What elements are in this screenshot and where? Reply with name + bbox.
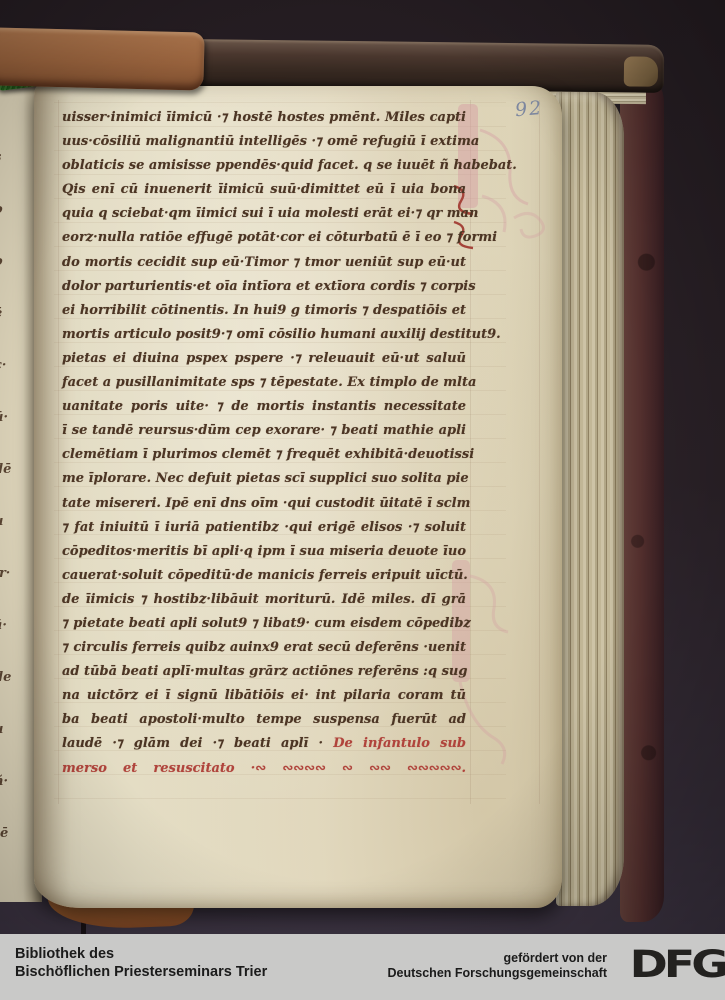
manuscript-line: cōpeditos·meritis bī apli·q ipm ī sua mi…: [62, 540, 466, 564]
manuscript-line: oblaticis se amisisse ppendēs·quid facet…: [62, 154, 466, 178]
manuscript-line: uanitate poris uite· ⁊ de mortis instant…: [62, 395, 466, 419]
margin-rule-outer: [539, 100, 540, 804]
facing-page-text-fragment: dē: [0, 462, 12, 477]
dfg-logo: DFG: [630, 945, 725, 983]
page-stack-fore-edge: [556, 92, 624, 906]
library-name: Bibliothek des Bischöflichen Priestersem…: [15, 945, 267, 981]
manuscript-line: uus·cōsiliū malignantiū intelligēs ·⁊ om…: [62, 130, 466, 154]
folio-number: 92: [514, 97, 544, 121]
funding-credit: gefördert von der Deutschen Forschungsge…: [388, 951, 608, 980]
manuscript-line: dolor parturientis·et oīa intīora et ext…: [62, 275, 466, 299]
facing-page-text-fragment: ā·: [0, 618, 12, 633]
facing-page-text-fragment: u: [0, 722, 12, 737]
manuscript-line: me īplorare. Nec defuit pietas scī suppl…: [62, 467, 466, 491]
facing-page-text-fragment: c·: [0, 358, 12, 373]
manuscript-page: 92 uisser·inimici īimicū ·⁊ hostē hostes…: [34, 86, 562, 908]
book-cover-top-edge: [192, 39, 665, 93]
facing-page-text-fragment: o: [0, 254, 12, 269]
facing-page-text-fragment: ñ·: [0, 774, 12, 789]
manuscript-line: ⁊ circulis ferreis quibz auinx9 erat sec…: [62, 636, 466, 660]
facing-page-text-fragment: de: [0, 670, 12, 685]
manuscript-line: Qis enī cū inuenerit īimicū suū·dimittet…: [62, 178, 466, 202]
manuscript-line: na uictōrz ei ī signū libātiōis ei· int …: [62, 684, 466, 708]
manuscript-line: mortis articulo posit9·⁊ omī cōsilio hum…: [62, 323, 466, 347]
rubric-text: merso et resuscitato ·∾ ∾∾∾∾ ∾ ∾∾ ∾∾∾∾∾.: [62, 761, 466, 776]
rubric-text: De infantulo sub: [333, 736, 466, 751]
library-name-line2: Bischöflichen Priesterseminars Trier: [15, 963, 267, 981]
manuscript-line: quia q sciebat·qm īimici sui ī uia moles…: [62, 202, 466, 226]
photo-canvas: sooēc·ū·dēuir·ā·deuñ·tē 92 uisser·inimic…: [0, 0, 725, 1000]
manuscript-line: ī se tandē reursus·dūm cep exorare· ⁊ be…: [62, 419, 466, 443]
manuscript-line: merso et resuscitato ·∾ ∾∾∾∾ ∾ ∾∾ ∾∾∾∾∾.: [62, 757, 466, 781]
manuscript-line: ⁊ pietate beati apli solut9 ⁊ libat9· cu…: [62, 612, 466, 636]
manuscript-text-block: uisser·inimici īimicū ·⁊ hostē hostes pm…: [62, 106, 466, 781]
facing-page-text-fragment: s: [0, 150, 12, 165]
manuscript-line: ba beati apostoli·multo tempe suspensa f…: [62, 708, 466, 732]
margin-rule-left: [58, 100, 59, 804]
facing-page-text-fragment: tē: [0, 826, 12, 841]
manuscript-line: facet a pusillanimitate sps ⁊ tēpestate.…: [62, 371, 466, 395]
footer-banner: Bibliothek des Bischöflichen Priestersem…: [0, 934, 725, 1000]
manuscript-line: laudē ·⁊ glām dei ·⁊ beati aplī · De inf…: [62, 732, 466, 756]
manuscript-line: cauerat·soluit cōpeditū·de manicis ferre…: [62, 564, 466, 588]
facing-page-text-fragment: ir·: [0, 566, 12, 581]
facing-page-text-fragment: u: [0, 514, 12, 529]
leather-spine-cap: [0, 27, 205, 90]
book-cover-right-edge: [620, 76, 664, 922]
manuscript-line: de īimicis ⁊ hostibz·libāuit moriturū. I…: [62, 588, 466, 612]
manuscript-line: ei horribilit cōtinentis. In hui9 g timo…: [62, 299, 466, 323]
library-name-line1: Bibliothek des: [15, 945, 267, 963]
manuscript-line: ⁊ fat iniuitū ī iuriā patientibz ·qui er…: [62, 516, 466, 540]
manuscript-line: uisser·inimici īimicū ·⁊ hostē hostes pm…: [62, 106, 466, 130]
funding-credit-line2: Deutschen Forschungsgemeinschaft: [388, 966, 608, 981]
facing-page-text-fragment: ū·: [0, 410, 12, 425]
facing-page-text-fragment: ē: [0, 306, 12, 321]
funding-credit-line1: gefördert von der: [388, 951, 608, 966]
manuscript-line: eorz·nulla ratiōe effugē potāt·cor ei cō…: [62, 226, 466, 250]
manuscript-line: do mortis cecidit sup eū·Timor ⁊ tmor ue…: [62, 251, 466, 275]
manuscript-line: tate misereri. Ipē enī dns oīm ·qui cust…: [62, 492, 466, 516]
facing-page-text-fragment: o: [0, 202, 12, 217]
manuscript-line: clemētiam ī plurimos clemēt ⁊ frequēt ex…: [62, 443, 466, 467]
manuscript-line: ad tūbā beati aplī·multas grārz actiōnes…: [62, 660, 466, 684]
manuscript-line: pietas ei diuina pspex pspere ·⁊ releuau…: [62, 347, 466, 371]
